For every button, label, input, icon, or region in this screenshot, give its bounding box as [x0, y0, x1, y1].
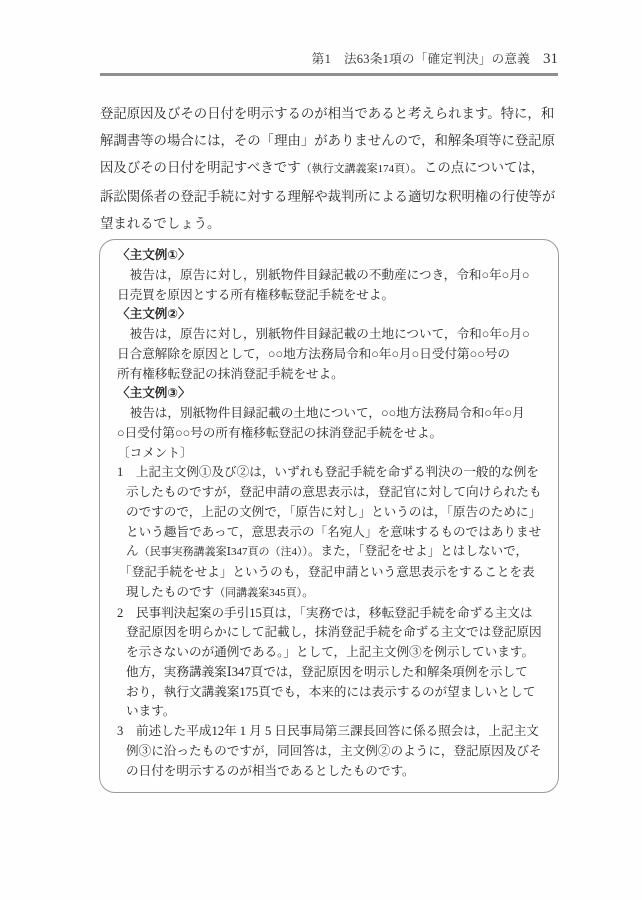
intro-line: 解調書等の場合には，その「理由」がありませんので，和解条項等に登記原 [100, 127, 558, 154]
citation-small-text: （同講義案345頁） [214, 587, 302, 599]
comment-item-1-line: 示したものですが，登記申請の意思表示は，登記官に対して向けられたも [117, 483, 543, 503]
example-2-line: 日合意解除を原因として，○○地方法務局令和○年○月○日受付第○○号の [117, 345, 543, 365]
example-1-line: 日売買を原因とする所有権移転登記手続をせよ。 [117, 286, 543, 306]
text-segment: 因及びその日付を明記すべきです [100, 160, 301, 175]
comment-item-1-line: 「登記手続をせよ」というのも，登記申請という意思表示をすることを表 [117, 563, 543, 583]
comment-item-3-line: 3 前述した平成12年 1 月 5 日民事局第三課長回答に係る照会は，上記主文 [117, 722, 543, 742]
chapter-heading: 第1 法63条1項の「確定判決」の意義 [312, 49, 530, 67]
comment-item-2-line: を示さないのが通例である。」として，上記主文例③を例示しています。 [117, 643, 543, 663]
text-segment: 現したものです [126, 585, 214, 599]
comment-heading: 〔コメント〕 [117, 444, 543, 464]
intro-line: 登記原因及びその日付を明示するのが相当であると考えられます。特に，和 [100, 100, 558, 127]
example-2-line: 被告は，原告に対し，別紙物件目録記載の土地について，令和○年○月○ [117, 325, 543, 345]
comment-item-2-line: おり，執行文講義案175頁でも，本来的には表示するのが望ましいとして [117, 683, 543, 703]
comment-item-1-line: 1 上記主文例①及び②は，いずれも登記手続を命ずる判決の一般的な例を [117, 463, 543, 483]
comment-item-1-line: ん（民事実務講義案Ⅰ347頁の（注4））。また，「登記をせよ」とはしないで， [117, 542, 543, 563]
example-1-line: 被告は，原告に対し，別紙物件目録記載の不動産につき，令和○年○月○ [117, 266, 543, 286]
document-page: 第1 法63条1項の「確定判決」の意義 31 登記原因及びその日付を明示するのが… [0, 0, 642, 900]
header-rule [100, 73, 558, 76]
comment-item-3-line: 例③に沿ったものですが，同回答は，主文例②のように，登記原因及びそ [117, 742, 543, 762]
intro-line: 因及びその日付を明記すべきです（執行文講義案174頁）。この点については， [100, 154, 558, 183]
comment-item-2-line: 登記原因を明らかにして記載し，抹消登記手続を命ずる主文では登記原因 [117, 623, 543, 643]
comment-item-2-line: 他方，実務講義案Ⅰ347頁では，登記原因を明示した和解条項例を示して [117, 663, 543, 683]
comment-item-2-line: 2 民事判決起案の手引15頁は，「実務では，移転登記手続を命ずる主文は [117, 604, 543, 624]
example-box: 〈主文例①〉 被告は，原告に対し，別紙物件目録記載の不動産につき，令和○年○月○… [99, 239, 559, 793]
example-3-heading: 〈主文例③〉 [117, 384, 543, 404]
comment-item-1-line: 現したものです（同講義案345頁）。 [117, 583, 543, 604]
comment-item-3-line: の日付を明示するのが相当であるとしたものです。 [117, 762, 543, 782]
example-2-line: 所有権移転登記の抹消登記手続をせよ。 [117, 365, 543, 385]
text-segment: 。また，「登記をせよ」とはしないで， [308, 544, 528, 558]
intro-paragraph: 登記原因及びその日付を明示するのが相当であると考えられます。特に，和 解調書等の… [100, 100, 558, 237]
text-segment: 。この点については， [411, 160, 545, 175]
comment-item-2-line: います。 [117, 702, 543, 722]
text-segment: ん [126, 544, 139, 558]
running-header: 第1 法63条1項の「確定判決」の意義 31 [100, 49, 558, 68]
comment-item-1-line: のですので，上記の文例で，「原告に対し」というのは，「原告のために」 [117, 503, 543, 523]
example-2-heading: 〈主文例②〉 [117, 305, 543, 325]
text-segment: 。 [302, 585, 315, 599]
example-3-line: ○日受付第○○号の所有権移転登記の抹消登記手続をせよ。 [117, 424, 543, 444]
intro-line: 望まれるでしょう。 [100, 210, 558, 237]
page-number: 31 [543, 51, 558, 68]
comment-item-1-line: という趣旨であって，意思表示の「名宛人」を意味するものではありませ [117, 523, 543, 543]
example-1-heading: 〈主文例①〉 [117, 246, 543, 266]
intro-line: 訴訟関係者の登記手続に対する理解や裁判所による適切な釈明権の行使等が [100, 183, 558, 210]
citation-small-text: （民事実務講義案Ⅰ347頁の（注4）） [139, 546, 308, 558]
citation-small-text: （執行文講義案174頁） [301, 163, 411, 175]
example-3-line: 被告は，別紙物件目録記載の土地について，○○地方法務局令和○年○月 [117, 404, 543, 424]
